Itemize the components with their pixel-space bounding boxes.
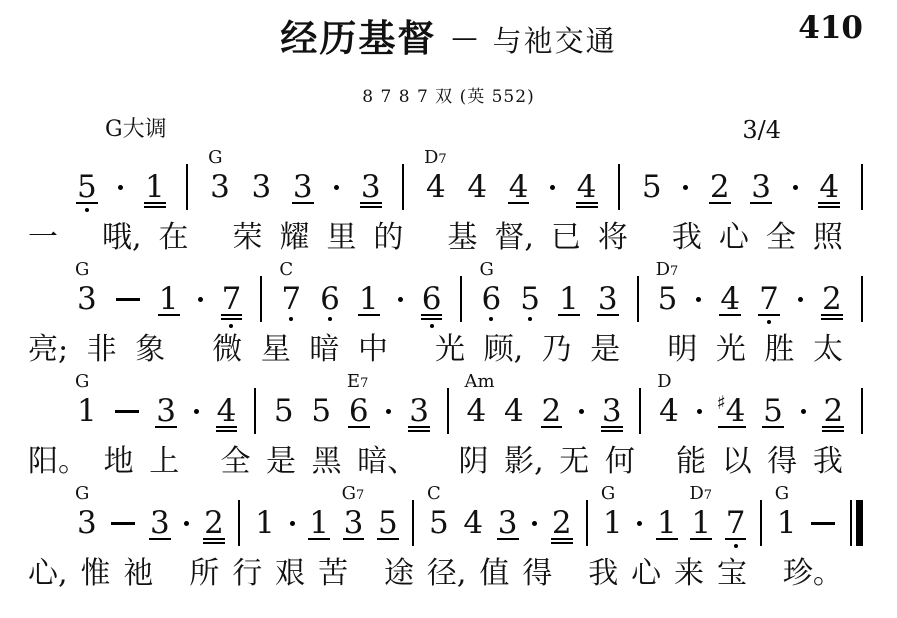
barline bbox=[260, 276, 262, 322]
low-octave-dot bbox=[528, 317, 532, 321]
augmentation-dot bbox=[334, 185, 339, 190]
lyric-char: 得 bbox=[767, 445, 797, 479]
low-octave-dot bbox=[85, 208, 89, 212]
note-digit: 1 bbox=[77, 394, 97, 428]
lyric-char: 我 bbox=[672, 221, 702, 255]
note: 3 bbox=[602, 394, 622, 428]
lyric-char: 胜 bbox=[764, 333, 794, 367]
note-digit: 1 bbox=[309, 506, 329, 540]
note-digit: 2 bbox=[710, 170, 730, 204]
lyric-char: 惟 bbox=[80, 557, 110, 591]
note: 5 bbox=[77, 170, 97, 204]
lyric-row: 阳。地上全是黑暗、阴影,无何能以得我 bbox=[28, 445, 843, 479]
note: ♯4 bbox=[719, 394, 745, 428]
lyric-row: 一哦,在荣耀里的基督,已将我心全照 bbox=[28, 221, 843, 255]
beam-line bbox=[144, 202, 166, 204]
note-digit: 3 bbox=[251, 170, 271, 204]
lyric-char: 中 bbox=[358, 333, 388, 367]
note: 3 bbox=[751, 170, 771, 204]
beam-line bbox=[308, 538, 330, 540]
barline bbox=[760, 500, 762, 546]
barline bbox=[460, 276, 462, 322]
chord-label: G bbox=[75, 373, 89, 391]
lyric-char: 在 bbox=[159, 221, 189, 255]
note-digit: 4 bbox=[467, 394, 487, 428]
beam-line bbox=[76, 202, 98, 204]
beam-line bbox=[821, 318, 843, 320]
note: 5 bbox=[642, 170, 662, 204]
note-digit: 3 bbox=[77, 506, 97, 540]
note: G3 bbox=[77, 282, 97, 316]
lyric-char: 光 bbox=[716, 333, 746, 367]
duration-dash bbox=[115, 410, 139, 413]
augmentation-dot bbox=[696, 297, 701, 302]
beam-line bbox=[818, 206, 840, 208]
lyric-char: 径, bbox=[427, 557, 467, 591]
low-octave-dot bbox=[767, 320, 771, 324]
beam-line bbox=[421, 318, 443, 320]
note: E76 bbox=[349, 394, 369, 428]
note-digit: 7 bbox=[759, 282, 779, 316]
augmentation-dot bbox=[118, 185, 123, 190]
sharp-accidental: ♯ bbox=[716, 394, 725, 413]
beam-line bbox=[541, 426, 563, 428]
note: 3 bbox=[598, 282, 618, 316]
note: 1 bbox=[559, 282, 579, 316]
beam-line bbox=[216, 430, 238, 432]
beam-line bbox=[822, 430, 844, 432]
lyric-char: 所 bbox=[189, 557, 219, 591]
note: 1 bbox=[657, 506, 677, 540]
lyric-char: 能 bbox=[676, 445, 706, 479]
barline bbox=[412, 500, 414, 546]
note-digit: 4 bbox=[659, 394, 679, 428]
note: 4 bbox=[504, 394, 524, 428]
note-digit: 7 bbox=[222, 282, 242, 316]
music-row: G33211G735C5432G11D717G1 bbox=[77, 506, 863, 540]
note-digit: 1 bbox=[777, 506, 797, 540]
lyric-char: 荣 bbox=[232, 221, 262, 255]
note-digit: 2 bbox=[822, 282, 842, 316]
note: 4 bbox=[509, 170, 529, 204]
beam-line bbox=[551, 538, 573, 540]
augmentation-dot bbox=[386, 409, 391, 414]
note: G6 bbox=[482, 282, 502, 316]
lyric-char: 象 bbox=[135, 333, 165, 367]
augmentation-dot bbox=[532, 521, 537, 526]
barline bbox=[186, 164, 188, 210]
note-digit: 1 bbox=[691, 506, 711, 540]
beam-line bbox=[725, 538, 747, 540]
note: 3 bbox=[498, 506, 518, 540]
augmentation-dot bbox=[793, 185, 798, 190]
note: Am4 bbox=[467, 394, 487, 428]
lyric-char: 明 bbox=[667, 333, 697, 367]
lyric-char: 微 bbox=[212, 333, 242, 367]
lyric-char: 哦, bbox=[102, 221, 142, 255]
augmentation-dot bbox=[637, 521, 642, 526]
beam-line bbox=[558, 314, 580, 316]
lyric-char: 无 bbox=[559, 445, 589, 479]
note: D4 bbox=[659, 394, 679, 428]
note: 2 bbox=[204, 506, 224, 540]
hymn-number: 410 bbox=[798, 10, 863, 46]
note-digit: 2 bbox=[542, 394, 562, 428]
beam-line bbox=[508, 202, 530, 204]
chord-label: D bbox=[657, 373, 671, 391]
lyric-char: 何 bbox=[605, 445, 635, 479]
note: G3 bbox=[210, 170, 230, 204]
music-system: 51G3333D744445234一哦,在荣耀里的基督,已将我心全照 bbox=[28, 170, 869, 255]
beam-line bbox=[690, 538, 712, 540]
lyric-char: 亮; bbox=[28, 333, 68, 367]
beam-line bbox=[360, 206, 382, 208]
chord-label: D7 bbox=[656, 261, 679, 279]
beam-line bbox=[203, 542, 225, 544]
lyric-char: 来 bbox=[674, 557, 704, 591]
note: 2 bbox=[823, 394, 843, 428]
lyric-char: 影, bbox=[504, 445, 544, 479]
note-digit: 1 bbox=[145, 170, 165, 204]
lyric-char: 是 bbox=[266, 445, 296, 479]
note: 6 bbox=[320, 282, 340, 316]
lyric-char: 心 bbox=[719, 221, 749, 255]
lyric-char: 行 bbox=[232, 557, 262, 591]
beam-line bbox=[158, 314, 180, 316]
note-digit: 3 bbox=[77, 282, 97, 316]
duration-dash bbox=[116, 298, 140, 301]
lyric-char: 我 bbox=[813, 445, 843, 479]
lyric-char: 途 bbox=[384, 557, 414, 591]
music-row: G13455E763Am4423D4♯452 bbox=[77, 394, 863, 428]
lyric-char: 宝 bbox=[717, 557, 747, 591]
note: 4 bbox=[577, 170, 597, 204]
beam-line bbox=[597, 314, 619, 316]
note-digit: 4 bbox=[504, 394, 524, 428]
augmentation-dot bbox=[801, 409, 806, 414]
note-digit: 4 bbox=[720, 282, 740, 316]
music-row: 51G3333D744445234 bbox=[77, 170, 863, 204]
note-digit: 1 bbox=[359, 282, 379, 316]
barline bbox=[861, 276, 863, 322]
lyric-char: 祂 bbox=[123, 557, 153, 591]
chord-label: G bbox=[208, 149, 222, 167]
note-digit: 6 bbox=[482, 282, 502, 316]
note: 5 bbox=[311, 394, 331, 428]
barline bbox=[254, 388, 256, 434]
lyric-char: 阳。 bbox=[28, 445, 88, 479]
note: D71 bbox=[691, 506, 711, 540]
note: G1 bbox=[77, 394, 97, 428]
note-digit: 3 bbox=[293, 170, 313, 204]
beam-line bbox=[292, 202, 314, 204]
key-time-row: G大调 3/4 bbox=[28, 117, 869, 143]
beam-line bbox=[343, 538, 365, 540]
note-digit: 3 bbox=[602, 394, 622, 428]
lyric-char: 光 bbox=[435, 333, 465, 367]
lyric-char: 我 bbox=[588, 557, 618, 591]
barline bbox=[639, 388, 641, 434]
note-digit: 5 bbox=[520, 282, 540, 316]
note-digit: 6 bbox=[349, 394, 369, 428]
chord-label: G bbox=[75, 485, 89, 503]
note: 3 bbox=[361, 170, 381, 204]
lyric-char: 耀 bbox=[279, 221, 309, 255]
note: 1 bbox=[145, 170, 165, 204]
note: 2 bbox=[822, 282, 842, 316]
beam-line bbox=[221, 314, 243, 316]
beam-line bbox=[421, 314, 443, 316]
beam-line bbox=[822, 426, 844, 428]
note: 1 bbox=[159, 282, 179, 316]
note-digit: 5 bbox=[642, 170, 662, 204]
chord-label: G7 bbox=[342, 485, 365, 503]
duration-dash bbox=[111, 522, 135, 525]
note-digit: 2 bbox=[204, 506, 224, 540]
note: 3 bbox=[251, 170, 271, 204]
beam-line bbox=[203, 538, 225, 540]
note-digit: 3 bbox=[156, 394, 176, 428]
low-octave-dot bbox=[229, 324, 233, 328]
beam-line bbox=[758, 314, 780, 316]
note: 4 bbox=[819, 170, 839, 204]
hymn-sheet: 410 经历基督 — 与祂交通 8 7 8 7 双 (英 552) G大调 3/… bbox=[0, 0, 897, 618]
verse-number: 一 bbox=[28, 221, 58, 255]
lyric-char: 督, bbox=[494, 221, 534, 255]
beam-line bbox=[155, 426, 177, 428]
lyric-char: 苦 bbox=[318, 557, 348, 591]
beam-line bbox=[762, 426, 784, 428]
title-subtitle: 与祂交通 bbox=[493, 24, 617, 58]
chord-label: D7 bbox=[689, 485, 712, 503]
note: 3 bbox=[156, 394, 176, 428]
note: 2 bbox=[710, 170, 730, 204]
barline bbox=[586, 500, 588, 546]
beam-line bbox=[750, 202, 772, 204]
note-digit: 3 bbox=[361, 170, 381, 204]
note-digit: 4 bbox=[819, 170, 839, 204]
beam-line bbox=[551, 542, 573, 544]
note: 5 bbox=[378, 506, 398, 540]
lyric-char: 心, bbox=[28, 557, 68, 591]
lyric-char: 阴 bbox=[458, 445, 488, 479]
lyric-char: 照 bbox=[813, 221, 843, 255]
page-title: 经历基督 — 与祂交通 bbox=[28, 16, 869, 68]
note-digit: 4 bbox=[463, 506, 483, 540]
lyric-char: 暗 bbox=[309, 333, 339, 367]
note-digit: 3 bbox=[598, 282, 618, 316]
lyric-char: 艰 bbox=[275, 557, 305, 591]
chord-label: Am bbox=[465, 373, 495, 391]
note: 2 bbox=[542, 394, 562, 428]
low-octave-dot bbox=[489, 317, 493, 321]
note-digit: 4 bbox=[217, 394, 237, 428]
beam-line bbox=[656, 538, 678, 540]
note-digit: 5 bbox=[274, 394, 294, 428]
augmentation-dot bbox=[194, 409, 199, 414]
final-bar-thick bbox=[856, 500, 863, 546]
note: 4 bbox=[720, 282, 740, 316]
augmentation-dot bbox=[198, 297, 203, 302]
note: 7 bbox=[222, 282, 242, 316]
barline bbox=[618, 164, 620, 210]
lyric-char: 的 bbox=[373, 221, 403, 255]
note: G1 bbox=[603, 506, 623, 540]
augmentation-dot bbox=[683, 185, 688, 190]
beam-line bbox=[348, 426, 370, 428]
low-octave-dot bbox=[430, 324, 434, 328]
note-digit: 1 bbox=[255, 506, 275, 540]
augmentation-dot bbox=[697, 409, 702, 414]
note-digit: 1 bbox=[559, 282, 579, 316]
note: 4 bbox=[467, 170, 487, 204]
lyric-char: 值 bbox=[479, 557, 509, 591]
chord-label: G bbox=[775, 485, 789, 503]
note-digit: 5 bbox=[77, 170, 97, 204]
note: 4 bbox=[463, 506, 483, 540]
lyric-char: 将 bbox=[598, 221, 628, 255]
note: D75 bbox=[658, 282, 678, 316]
note-digit: 4 bbox=[467, 170, 487, 204]
lyric-char: 暗、 bbox=[357, 445, 417, 479]
note-digit: 3 bbox=[344, 506, 364, 540]
lyric-char: 基 bbox=[447, 221, 477, 255]
low-octave-dot bbox=[734, 544, 738, 548]
beam-line bbox=[818, 202, 840, 204]
note-digit: 4 bbox=[577, 170, 597, 204]
note-digit: 2 bbox=[552, 506, 572, 540]
lyric-char: 黑 bbox=[312, 445, 342, 479]
note-digit: 4 bbox=[726, 394, 746, 428]
note-digit: 1 bbox=[603, 506, 623, 540]
note-digit: 5 bbox=[378, 506, 398, 540]
barline bbox=[238, 500, 240, 546]
beam-line bbox=[408, 426, 430, 428]
music-row: G317C7616G6513D75472 bbox=[77, 282, 863, 316]
note: D74 bbox=[426, 170, 446, 204]
note: 2 bbox=[552, 506, 572, 540]
lyric-char: 非 bbox=[87, 333, 117, 367]
chord-label: G bbox=[75, 261, 89, 279]
final-bar-thin bbox=[850, 500, 852, 546]
lyric-char: 里 bbox=[326, 221, 356, 255]
beam-line bbox=[709, 202, 731, 204]
meter-info: 8 7 8 7 双 (英 552) bbox=[28, 82, 869, 107]
note: 4 bbox=[217, 394, 237, 428]
lyric-char: 太 bbox=[813, 333, 843, 367]
note-digit: 7 bbox=[726, 506, 746, 540]
note-digit: 7 bbox=[281, 282, 301, 316]
note-digit: 4 bbox=[426, 170, 446, 204]
lyric-row: 心,惟祂所行艰苦途径,值得我心来宝珍。 bbox=[28, 557, 843, 591]
beam-line bbox=[149, 538, 171, 540]
beam-line bbox=[358, 314, 380, 316]
note-digit: 5 bbox=[429, 506, 449, 540]
barline bbox=[447, 388, 449, 434]
note-digit: 3 bbox=[210, 170, 230, 204]
augmentation-dot bbox=[579, 409, 584, 414]
beam-line bbox=[718, 426, 746, 428]
music-system: G317C7616G6513D75472亮;非象微星暗中光顾,乃是明光胜太 bbox=[28, 282, 869, 367]
note: G3 bbox=[77, 506, 97, 540]
beam-line bbox=[601, 430, 623, 432]
key-signature: G大调 bbox=[105, 117, 167, 143]
title-dash: — bbox=[451, 23, 477, 53]
barline bbox=[402, 164, 404, 210]
note-digit: 1 bbox=[159, 282, 179, 316]
note-digit: 5 bbox=[311, 394, 331, 428]
augmentation-dot bbox=[290, 521, 295, 526]
note-digit: 3 bbox=[751, 170, 771, 204]
note: 5 bbox=[274, 394, 294, 428]
lyric-char: 以 bbox=[722, 445, 752, 479]
music-systems: 51G3333D744445234一哦,在荣耀里的基督,已将我心全照G317C7… bbox=[28, 170, 869, 591]
note-digit: 6 bbox=[320, 282, 340, 316]
low-octave-dot bbox=[289, 317, 293, 321]
duration-dash bbox=[811, 522, 835, 525]
note-digit: 5 bbox=[763, 394, 783, 428]
augmentation-dot bbox=[550, 185, 555, 190]
note: 7 bbox=[726, 506, 746, 540]
beam-line bbox=[576, 202, 598, 204]
chord-label: C bbox=[427, 485, 441, 503]
note-digit: 6 bbox=[422, 282, 442, 316]
note: 3 bbox=[409, 394, 429, 428]
beam-line bbox=[408, 430, 430, 432]
lyric-char: 已 bbox=[551, 221, 581, 255]
note: 1 bbox=[309, 506, 329, 540]
lyric-char: 全 bbox=[220, 445, 250, 479]
chord-label: C bbox=[279, 261, 293, 279]
note: 1 bbox=[359, 282, 379, 316]
note: C5 bbox=[429, 506, 449, 540]
note-digit: 3 bbox=[150, 506, 170, 540]
beam-line bbox=[216, 426, 238, 428]
beam-line bbox=[497, 538, 519, 540]
barline bbox=[637, 276, 639, 322]
lyric-char: 地 bbox=[104, 445, 134, 479]
note-digit: 5 bbox=[658, 282, 678, 316]
augmentation-dot bbox=[398, 297, 403, 302]
note-digit: 3 bbox=[409, 394, 429, 428]
barline bbox=[861, 388, 863, 434]
beam-line bbox=[601, 426, 623, 428]
lyric-char: 乃 bbox=[542, 333, 572, 367]
note: 3 bbox=[150, 506, 170, 540]
beam-line bbox=[360, 202, 382, 204]
barline bbox=[861, 164, 863, 210]
beam-line bbox=[221, 318, 243, 320]
note: 5 bbox=[763, 394, 783, 428]
note: 3 bbox=[293, 170, 313, 204]
note-digit: 1 bbox=[657, 506, 677, 540]
time-signature: 3/4 bbox=[742, 117, 781, 143]
note: 1 bbox=[255, 506, 275, 540]
note: 5 bbox=[520, 282, 540, 316]
note-digit: 2 bbox=[823, 394, 843, 428]
beam-line bbox=[719, 314, 741, 316]
note: 6 bbox=[422, 282, 442, 316]
note: G1 bbox=[777, 506, 797, 540]
title-main: 经历基督 bbox=[280, 16, 436, 60]
low-octave-dot bbox=[328, 317, 332, 321]
lyric-char: 是 bbox=[590, 333, 620, 367]
chord-label: E7 bbox=[347, 373, 368, 391]
note: G73 bbox=[344, 506, 364, 540]
beam-line bbox=[377, 538, 399, 540]
beam-line bbox=[144, 206, 166, 208]
augmentation-dot bbox=[798, 297, 803, 302]
